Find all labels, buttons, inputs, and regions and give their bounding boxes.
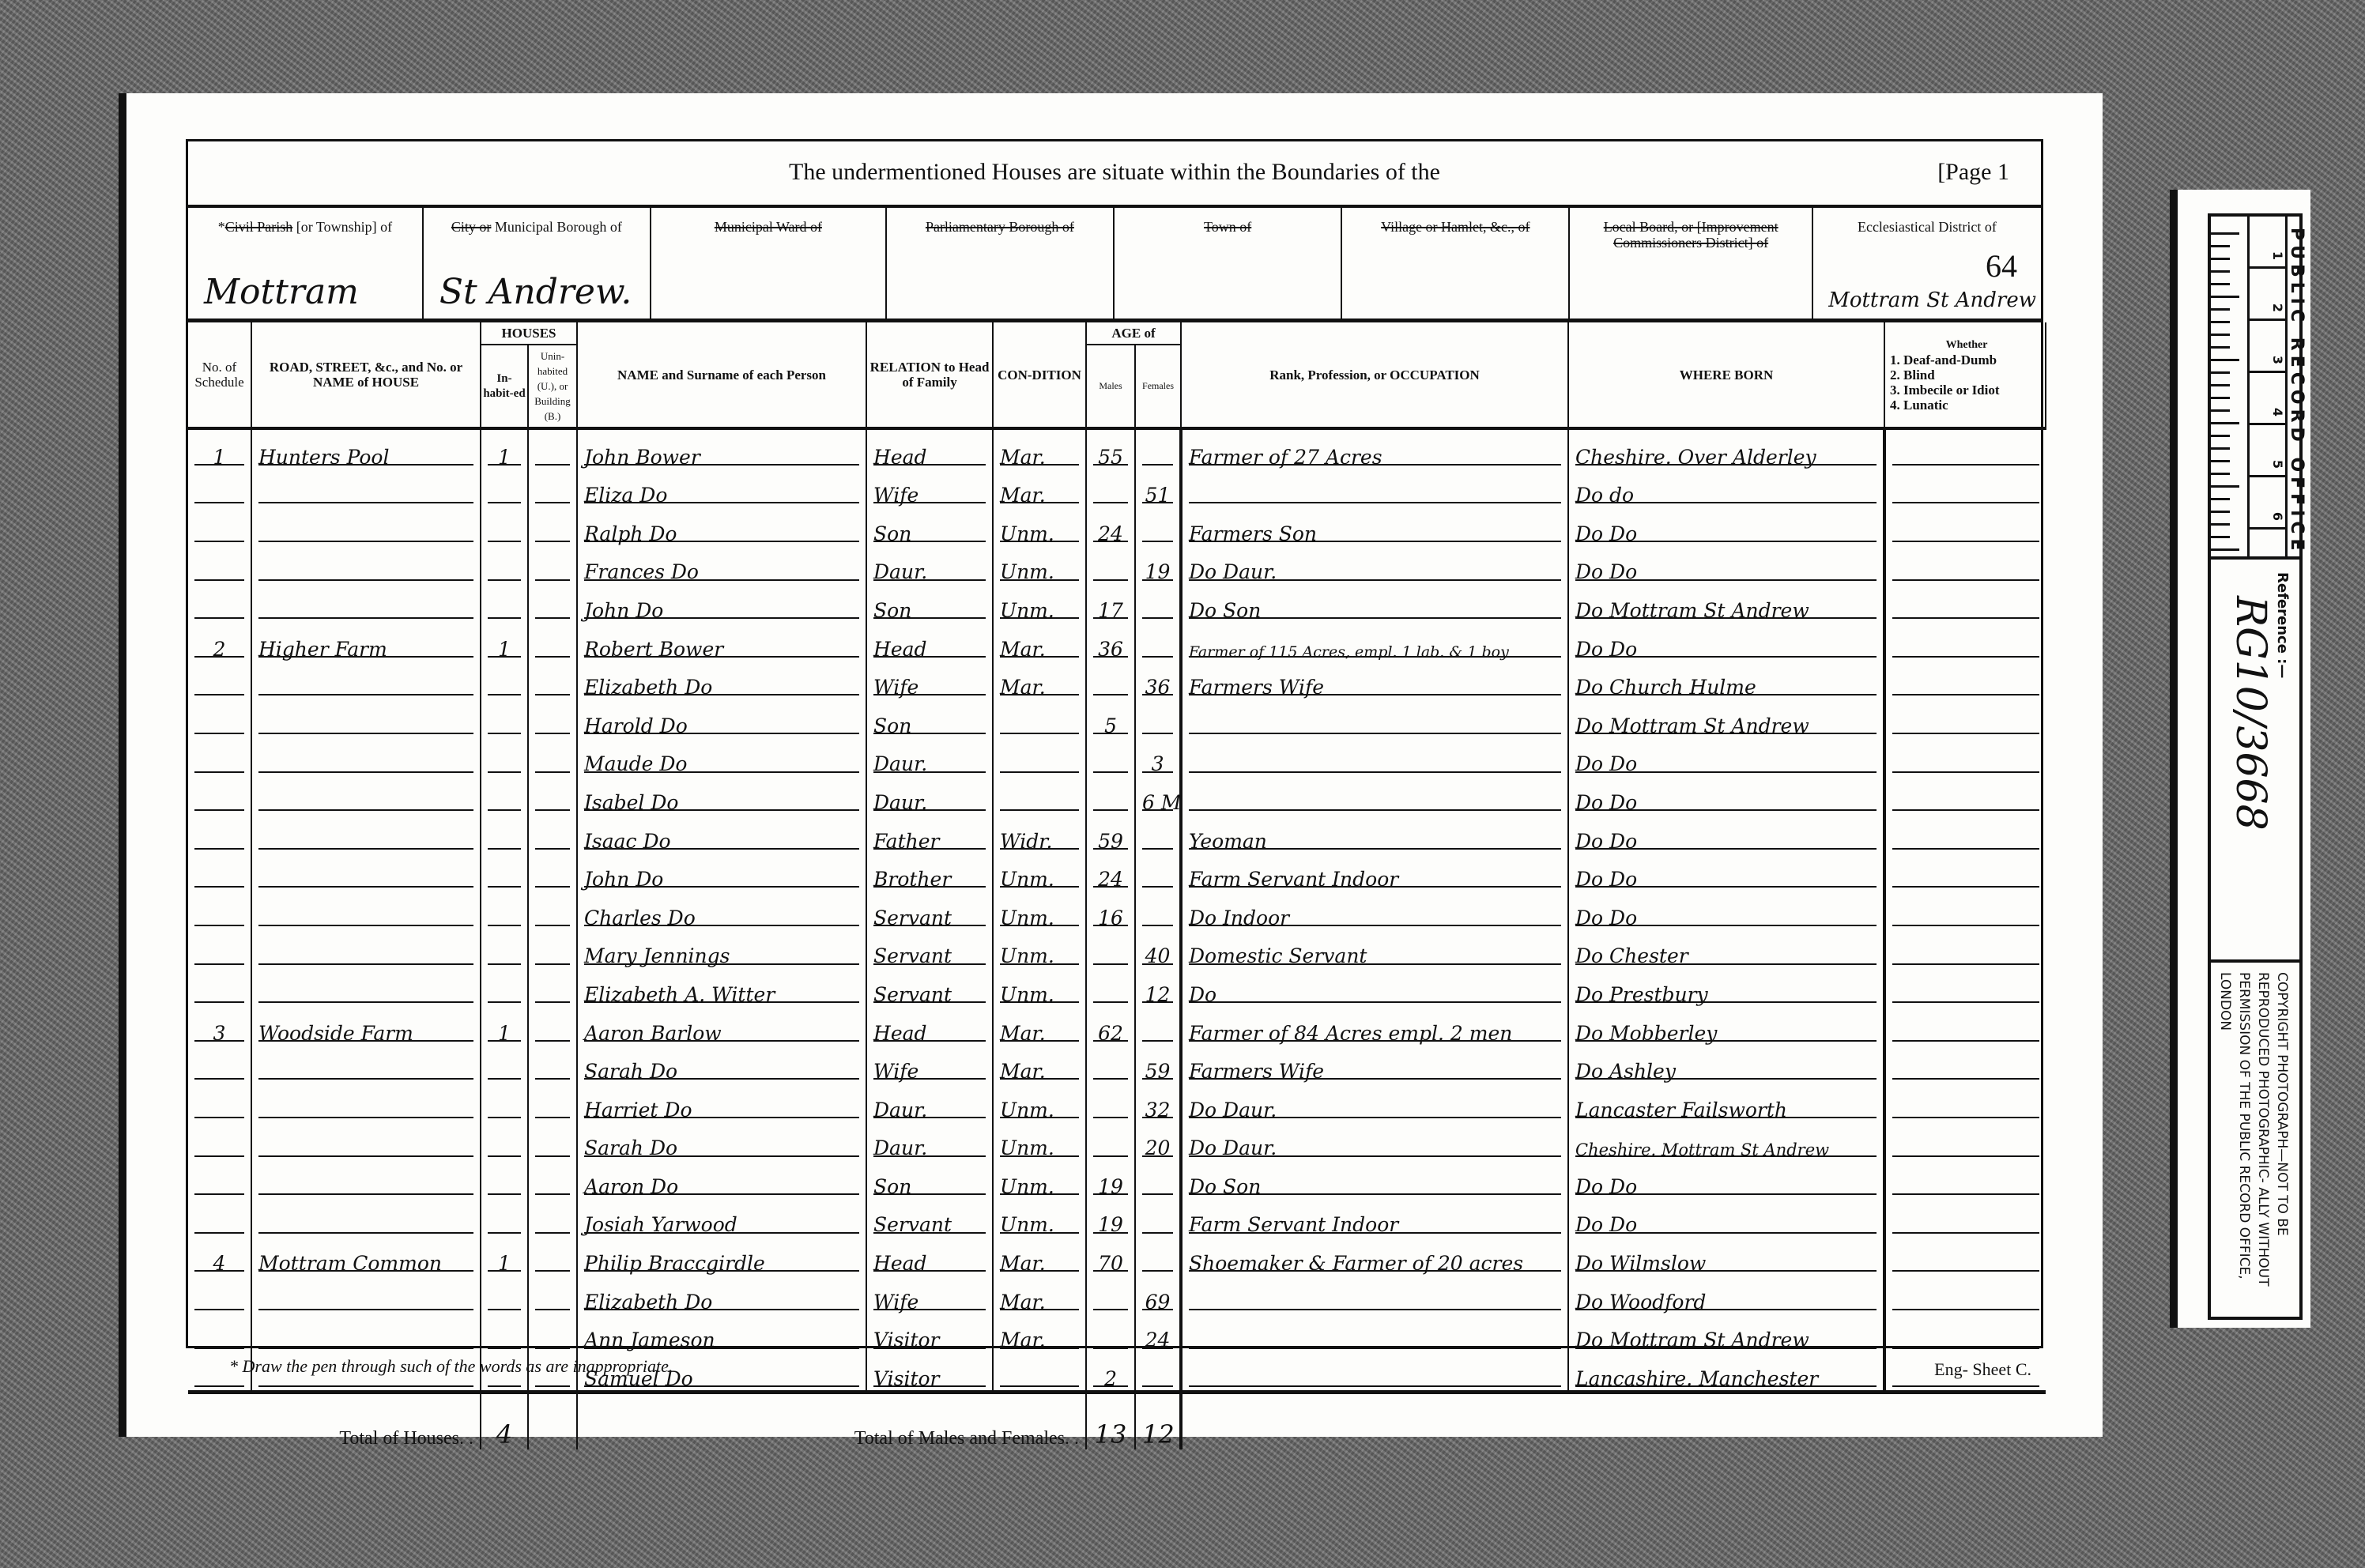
schedule-cell: 1: [188, 428, 251, 469]
relation-cell: Daur.: [866, 737, 993, 776]
born-cell: Do Do: [1568, 853, 1884, 891]
infirmity-cell: [1884, 737, 2046, 776]
road-cell: [251, 507, 481, 545]
ruler-tick: [2211, 397, 2230, 399]
ruler-tick: [2211, 308, 2230, 311]
condition-cell: Unm.: [993, 1198, 1086, 1237]
ruler-tick: [2211, 511, 2230, 513]
male-age-cell: 19: [1086, 1198, 1135, 1237]
occupation-cell: Farmers Wife: [1181, 1045, 1568, 1084]
table-row: John DoBrotherUnm.24Farm Servant IndoorD…: [188, 853, 2046, 891]
relation-cell: Wife: [866, 469, 993, 507]
male-age-cell: 59: [1086, 814, 1135, 853]
table-row: 4Mottram Common1Philip BraccgirdleHeadMa…: [188, 1236, 2046, 1275]
male-age-cell: 2: [1086, 1351, 1135, 1392]
road-cell: [251, 775, 481, 814]
infirmity-cell: [1884, 775, 2046, 814]
name-cell: John Do: [577, 853, 866, 891]
occupation-cell: [1181, 737, 1568, 776]
road-cell: [251, 1275, 481, 1314]
female-age-cell: 6 Mo: [1135, 775, 1181, 814]
infirmity-cell: [1884, 1198, 2046, 1237]
table-row: Eliza DoWifeMar.51Do do: [188, 469, 2046, 507]
boundary-0: *Civil Parish [or Township] ofMottram: [188, 208, 424, 318]
occupation-cell: Do: [1181, 967, 1568, 1006]
col-road: ROAD, STREET, &c., and No. or NAME of HO…: [251, 322, 481, 428]
road-cell: [251, 814, 481, 853]
uninhabited-cell: [528, 1275, 577, 1314]
ruler-tick: [2211, 409, 2230, 412]
male-age-cell: 24: [1086, 853, 1135, 891]
male-age-cell: [1086, 1045, 1135, 1084]
ruler-tick: [2211, 498, 2230, 500]
schedule-cell: [188, 469, 251, 507]
female-age-cell: 3: [1135, 737, 1181, 776]
infirmity-cell: [1884, 814, 2046, 853]
table-row: Charles DoServantUnm.16Do IndoorDo Do: [188, 891, 2046, 929]
inhabited-cell: [481, 1045, 528, 1084]
condition-cell: Unm.: [993, 507, 1086, 545]
inhabited-cell: 1: [481, 1236, 528, 1275]
ruler-tick: [2211, 460, 2230, 462]
male-age-cell: 5: [1086, 699, 1135, 737]
occupation-cell: Farmers Son: [1181, 507, 1568, 545]
name-cell: Sarah Do: [577, 1121, 866, 1160]
ruler-tick: [2211, 548, 2239, 551]
scale-number: 5: [2270, 460, 2285, 469]
table-row: Sarah DoWifeMar.59Farmers WifeDo Ashley: [188, 1045, 2046, 1084]
scale-cell: 2: [2247, 269, 2285, 321]
occupation-cell: Farm Servant Indoor: [1181, 853, 1568, 891]
col-females: Females: [1135, 345, 1181, 428]
relation-cell: Brother: [866, 853, 993, 891]
condition-cell: [993, 775, 1086, 814]
uninhabited-cell: [528, 1198, 577, 1237]
female-age-cell: [1135, 1006, 1181, 1045]
scale-cell: 5: [2247, 425, 2285, 477]
ruler-tick: [2211, 232, 2239, 235]
ruler-tick: [2211, 245, 2230, 247]
inhabited-cell: [481, 469, 528, 507]
uninhabited-cell: [528, 699, 577, 737]
infirmity-cell: [1884, 622, 2046, 661]
infirmity-cell: [1884, 853, 2046, 891]
infirmity-cell: [1884, 699, 2046, 737]
born-cell: Do Do: [1568, 507, 1884, 545]
ruler-tick: [2211, 384, 2230, 386]
schedule-cell: [188, 891, 251, 929]
condition-cell: Mar.: [993, 1006, 1086, 1045]
scale-grid: 123456: [2247, 217, 2288, 556]
schedule-cell: [188, 929, 251, 968]
ruler-tick: [2211, 422, 2239, 424]
female-age-cell: 36: [1135, 661, 1181, 699]
inhabited-cell: [481, 1159, 528, 1198]
male-age-cell: [1086, 1121, 1135, 1160]
inhabited-cell: [481, 891, 528, 929]
name-cell: Isaac Do: [577, 814, 866, 853]
infirmity-cell: [1884, 1314, 2046, 1352]
male-age-cell: [1086, 967, 1135, 1006]
table-row: Harold DoSon5Do Mottram St Andrew: [188, 699, 2046, 737]
boundary-value: Mottram St Andrew: [1828, 288, 2036, 312]
occupation-cell: Do Son: [1181, 1159, 1568, 1198]
road-cell: [251, 1198, 481, 1237]
condition-cell: Unm.: [993, 891, 1086, 929]
road-cell: Mottram Common: [251, 1236, 481, 1275]
ruler-tick: [2211, 371, 2230, 374]
uninhabited-cell: [528, 507, 577, 545]
name-cell: Harriet Do: [577, 1083, 866, 1121]
total-houses-label: Total of Houses. .: [188, 1392, 481, 1449]
ruler-tick: [2211, 447, 2230, 450]
boundary-5: Village or Hamlet, &c., of: [1342, 208, 1570, 318]
condition-cell: Mar.: [993, 1314, 1086, 1352]
col-age: AGE of: [1086, 322, 1181, 345]
infirmity-cell: [1884, 1006, 2046, 1045]
occupation-cell: Farmer of 84 Acres empl. 2 men: [1181, 1006, 1568, 1045]
boundary-value: St Andrew.: [439, 272, 632, 312]
ruler-tick: [2211, 270, 2230, 273]
uninhabited-cell: [528, 1121, 577, 1160]
total-houses-value: 4: [481, 1392, 528, 1449]
condition-cell: Mar.: [993, 1045, 1086, 1084]
male-age-cell: [1086, 1314, 1135, 1352]
table-row: Josiah YarwoodServantUnm.19Farm Servant …: [188, 1198, 2046, 1237]
male-age-cell: 19: [1086, 1159, 1135, 1198]
born-cell: Do Mottram St Andrew: [1568, 583, 1884, 622]
male-age-cell: [1086, 1275, 1135, 1314]
male-age-cell: [1086, 661, 1135, 699]
table-row: Maude DoDaur.3Do Do: [188, 737, 2046, 776]
col-inhabited: In-habit-ed: [481, 345, 528, 428]
table-row: John DoSonUnm.17Do SonDo Mottram St Andr…: [188, 583, 2046, 622]
table-row: Elizabeth A. WitterServantUnm.12DoDo Pre…: [188, 967, 2046, 1006]
col-relation: RELATION to Head of Family: [866, 322, 993, 428]
male-age-cell: [1086, 775, 1135, 814]
table-row: Mary JenningsServantUnm.40Domestic Serva…: [188, 929, 2046, 968]
schedule-cell: [188, 967, 251, 1006]
strip-frame: 123456 PUBLIC RECORD OFFICE Reference :—…: [2208, 213, 2303, 1320]
condition-cell: Unm.: [993, 967, 1086, 1006]
occupation-cell: Yeoman: [1181, 814, 1568, 853]
divider: [2211, 556, 2299, 560]
road-cell: [251, 583, 481, 622]
relation-cell: Visitor: [866, 1314, 993, 1352]
born-cell: Do Mottram St Andrew: [1568, 1314, 1884, 1352]
boundary-label: Parliamentary Borough of: [887, 208, 1113, 235]
uninhabited-cell: [528, 929, 577, 968]
male-age-cell: 16: [1086, 891, 1135, 929]
road-cell: [251, 1083, 481, 1121]
uninhabited-cell: [528, 1083, 577, 1121]
female-age-cell: [1135, 1198, 1181, 1237]
boundary-label: *Civil Parish [or Township] of: [188, 208, 422, 235]
inhabited-cell: 1: [481, 428, 528, 469]
occupation-cell: Shoemaker & Farmer of 20 acres: [1181, 1236, 1568, 1275]
occupation-cell: Do Daur.: [1181, 1083, 1568, 1121]
born-cell: Do Woodford: [1568, 1275, 1884, 1314]
female-age-cell: [1135, 1159, 1181, 1198]
condition-cell: Mar.: [993, 1275, 1086, 1314]
schedule-cell: [188, 853, 251, 891]
born-cell: Do Mobberley: [1568, 1006, 1884, 1045]
totals-row: Total of Houses. . 4 Total of Males and …: [188, 1392, 2046, 1449]
uninhabited-cell: [528, 583, 577, 622]
male-age-cell: [1086, 929, 1135, 968]
relation-cell: Head: [866, 1236, 993, 1275]
uninhabited-cell: [528, 1006, 577, 1045]
name-cell: Josiah Yarwood: [577, 1198, 866, 1237]
relation-cell: Head: [866, 622, 993, 661]
uninhabited-cell: [528, 891, 577, 929]
col-uninhabited: Unin-habited (U.), or Building (B.): [528, 345, 577, 428]
inhabited-cell: 1: [481, 622, 528, 661]
name-cell: Charles Do: [577, 891, 866, 929]
name-cell: John Do: [577, 583, 866, 622]
relation-cell: Servant: [866, 929, 993, 968]
form-title: The undermentioned Houses are situate wi…: [188, 159, 2041, 186]
inhabited-cell: [481, 814, 528, 853]
born-cell: Lancaster Failsworth: [1568, 1083, 1884, 1121]
infirmity-cell: [1884, 929, 2046, 968]
road-cell: [251, 661, 481, 699]
infirmity-cell: [1884, 1236, 2046, 1275]
schedule-cell: [188, 1198, 251, 1237]
relation-cell: Wife: [866, 1275, 993, 1314]
born-cell: Do Do: [1568, 891, 1884, 929]
boundary-label: Municipal Ward of: [651, 208, 885, 235]
infirmity-cell: [1884, 583, 2046, 622]
inhabited-cell: [481, 853, 528, 891]
occupation-cell: [1181, 699, 1568, 737]
table-row: Isaac DoFatherWidr.59YeomanDo Do: [188, 814, 2046, 853]
male-age-cell: 24: [1086, 507, 1135, 545]
born-cell: Do Church Hulme: [1568, 661, 1884, 699]
condition-cell: Unm.: [993, 929, 1086, 968]
ruler-icon: [2211, 217, 2250, 556]
boundary-label: Local Board, or [Improvement Commissione…: [1570, 208, 1811, 251]
table-row: Frances DoDaur.Unm.19Do Daur.Do Do: [188, 545, 2046, 584]
female-age-cell: 19: [1135, 545, 1181, 584]
relation-cell: Head: [866, 1006, 993, 1045]
schedule-cell: [188, 699, 251, 737]
infirmity-3: 3. Imbecile or Idiot: [1890, 383, 2043, 398]
female-age-cell: [1135, 428, 1181, 469]
road-cell: [251, 737, 481, 776]
born-cell: Do Ashley: [1568, 1045, 1884, 1084]
boundary-2: Municipal Ward of: [651, 208, 887, 318]
road-cell: [251, 1314, 481, 1352]
ruler-tick: [2211, 473, 2230, 475]
uninhabited-cell: [528, 661, 577, 699]
scale-number: 3: [2270, 356, 2285, 364]
occupation-cell: [1181, 469, 1568, 507]
road-cell: Higher Farm: [251, 622, 481, 661]
inhabited-cell: [481, 1314, 528, 1352]
infirmity-1: 1. Deaf-and-Dumb: [1890, 352, 2043, 367]
relation-cell: Son: [866, 699, 993, 737]
infirmity-cell: [1884, 891, 2046, 929]
male-age-cell: [1086, 469, 1135, 507]
boundary-label: Town of: [1115, 208, 1341, 235]
uninhabited-cell: [528, 1045, 577, 1084]
road-cell: Woodside Farm: [251, 1006, 481, 1045]
infirmity-cell: [1884, 1045, 2046, 1084]
name-cell: Maude Do: [577, 737, 866, 776]
totals-blank: [1181, 1392, 2046, 1449]
born-cell: Do Chester: [1568, 929, 1884, 968]
schedule-cell: [188, 1121, 251, 1160]
scale-cell: 1: [2247, 217, 2285, 269]
col-infirmity: Whether 1. Deaf-and-Dumb 2. Blind 3. Imb…: [1884, 322, 2046, 428]
ruler-tick: [2211, 283, 2230, 285]
inhabited-cell: [481, 775, 528, 814]
infirmity-cell: [1884, 545, 2046, 584]
male-age-cell: [1086, 1083, 1135, 1121]
name-cell: Philip Braccgirdle: [577, 1236, 866, 1275]
uninhabited-cell: [528, 1236, 577, 1275]
born-cell: Do Mottram St Andrew: [1568, 699, 1884, 737]
born-cell: Cheshire. Mottram St Andrew: [1568, 1121, 1884, 1160]
boundary-4: Town of: [1115, 208, 1342, 318]
boundary-1: City or Municipal Borough ofSt Andrew.: [424, 208, 651, 318]
condition-cell: Mar.: [993, 469, 1086, 507]
scale-number: 2: [2270, 303, 2285, 312]
reference-label: Reference :—: [2274, 572, 2291, 678]
male-age-cell: 70: [1086, 1236, 1135, 1275]
occupation-cell: Farmer of 115 Acres, empl. 1 lab. & 1 bo…: [1181, 622, 1568, 661]
infirmity-cell: [1884, 1159, 2046, 1198]
female-age-cell: [1135, 891, 1181, 929]
relation-cell: Servant: [866, 1198, 993, 1237]
scale-cell: 3: [2247, 321, 2285, 373]
occupation-cell: Domestic Servant: [1181, 929, 1568, 968]
table-row: Aaron DoSonUnm.19Do SonDo Do: [188, 1159, 2046, 1198]
schedule-cell: 4: [188, 1236, 251, 1275]
road-cell: Hunters Pool: [251, 428, 481, 469]
table-row: Sarah DoDaur.Unm.20Do Daur.Cheshire. Mot…: [188, 1121, 2046, 1160]
name-cell: Mary Jennings: [577, 929, 866, 968]
ruler-tick: [2211, 359, 2239, 361]
district-number: 64: [1986, 247, 2017, 285]
schedule-cell: 2: [188, 622, 251, 661]
name-cell: Harold Do: [577, 699, 866, 737]
ruler-tick: [2211, 258, 2230, 260]
name-cell: Robert Bower: [577, 622, 866, 661]
inhabited-cell: [481, 661, 528, 699]
born-cell: Do Do: [1568, 1159, 1884, 1198]
ruler-tick: [2211, 346, 2230, 349]
boundary-3: Parliamentary Borough of: [887, 208, 1115, 318]
female-age-cell: 59: [1135, 1045, 1181, 1084]
infirmity-cell: [1884, 507, 2046, 545]
name-cell: Elizabeth A. Witter: [577, 967, 866, 1006]
schedule-cell: [188, 1314, 251, 1352]
condition-cell: Unm.: [993, 583, 1086, 622]
uninhabited-cell: [528, 469, 577, 507]
col-schedule: No. of Schedule: [188, 322, 251, 428]
relation-cell: Daur.: [866, 545, 993, 584]
infirmity-cell: [1884, 1083, 2046, 1121]
census-table: No. of Schedule ROAD, STREET, &c., and N…: [188, 322, 2046, 1449]
male-age-cell: 17: [1086, 583, 1135, 622]
infirmity-cell: [1884, 469, 2046, 507]
infirmity-cell: [1884, 1275, 2046, 1314]
relation-cell: Daur.: [866, 1121, 993, 1160]
female-age-cell: 24: [1135, 1314, 1181, 1352]
name-cell: Aaron Barlow: [577, 1006, 866, 1045]
scale-number: 6: [2270, 512, 2285, 521]
office-name: PUBLIC RECORD OFFICE: [2287, 228, 2307, 556]
condition-cell: [993, 1351, 1086, 1392]
schedule-cell: [188, 545, 251, 584]
name-cell: Sarah Do: [577, 1045, 866, 1084]
inhabited-cell: [481, 1121, 528, 1160]
male-age-cell: 55: [1086, 428, 1135, 469]
inhabited-cell: [481, 929, 528, 968]
road-cell: [251, 929, 481, 968]
name-cell: Elizabeth Do: [577, 661, 866, 699]
ruler-tick: [2211, 485, 2239, 488]
relation-cell: Daur.: [866, 1083, 993, 1121]
born-cell: Do Do: [1568, 814, 1884, 853]
condition-cell: Unm.: [993, 1159, 1086, 1198]
boundary-value: Mottram: [204, 272, 359, 312]
boundary-6: Local Board, or [Improvement Commissione…: [1570, 208, 1812, 318]
footnote: * Draw the pen through such of the words…: [229, 1356, 673, 1377]
relation-cell: Daur.: [866, 775, 993, 814]
road-cell: [251, 967, 481, 1006]
relation-cell: Son: [866, 1159, 993, 1198]
infirmity-head: Whether: [1890, 337, 2043, 352]
scale-number: 1: [2270, 251, 2285, 260]
born-cell: Do do: [1568, 469, 1884, 507]
census-sheet: The undermentioned Houses are situate wi…: [126, 93, 2103, 1437]
name-cell: Frances Do: [577, 545, 866, 584]
ruler-tick: [2211, 296, 2239, 298]
inhabited-cell: [481, 737, 528, 776]
road-cell: [251, 1121, 481, 1160]
relation-cell: Son: [866, 583, 993, 622]
table-row: Ann JamesonVisitorMar.24Do Mottram St An…: [188, 1314, 2046, 1352]
uninhabited-cell: [528, 814, 577, 853]
condition-cell: Mar.: [993, 428, 1086, 469]
boundary-7: Ecclesiastical District of64Mottram St A…: [1813, 208, 2041, 318]
schedule-cell: [188, 661, 251, 699]
uninhabited-cell: [528, 775, 577, 814]
road-cell: [251, 1045, 481, 1084]
born-cell: Do Wilmslow: [1568, 1236, 1884, 1275]
occupation-cell: [1181, 1275, 1568, 1314]
col-condition: CON-DITION: [993, 322, 1086, 428]
inhabited-cell: [481, 545, 528, 584]
schedule-cell: [188, 507, 251, 545]
boundary-label: Ecclesiastical District of: [1813, 208, 2041, 235]
col-where-born: WHERE BORN: [1568, 322, 1884, 428]
infirmity-cell: [1884, 1121, 2046, 1160]
inhabited-cell: [481, 583, 528, 622]
relation-cell: Wife: [866, 661, 993, 699]
condition-cell: Mar.: [993, 622, 1086, 661]
schedule-cell: [188, 1159, 251, 1198]
infirmity-cell: [1884, 661, 2046, 699]
col-males: Males: [1086, 345, 1135, 428]
female-age-cell: 12: [1135, 967, 1181, 1006]
condition-cell: [993, 699, 1086, 737]
infirmity-2: 2. Blind: [1890, 367, 2043, 383]
col-houses: HOUSES: [481, 322, 577, 345]
